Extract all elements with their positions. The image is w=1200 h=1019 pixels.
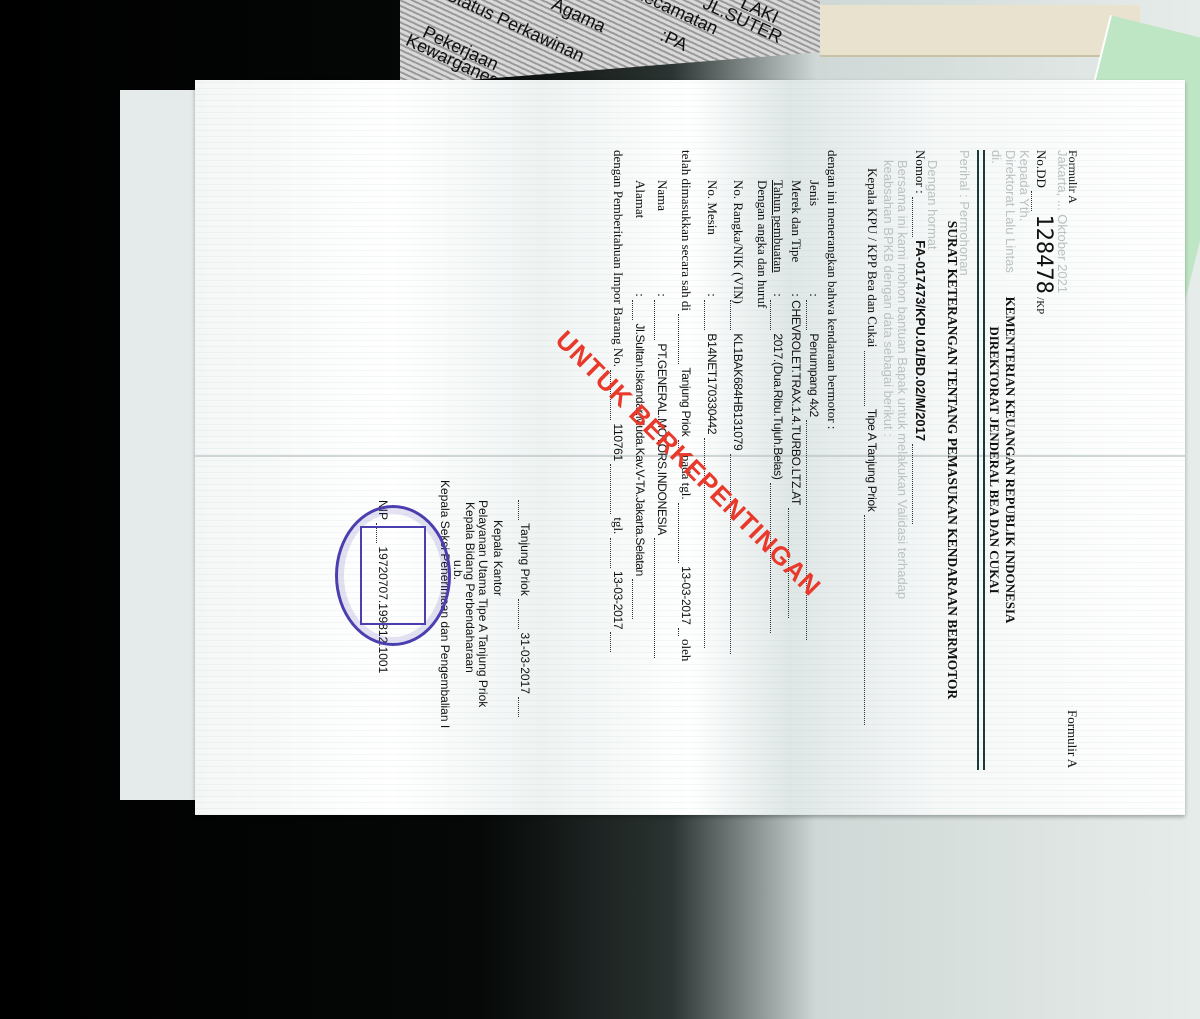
- alamat-value: Jl.Sultan.Iskandar.Muda.Kav.V-TA.Jakarta…: [633, 323, 647, 576]
- field-rangka: No. Rangka/NIK (VIN) : KL1BAK684HB131079: [730, 180, 746, 654]
- field-label: No. Mesin: [704, 180, 720, 290]
- field-value: Penumpang 4x2: [807, 333, 821, 417]
- dd-suffix: /KP: [1034, 297, 1046, 314]
- rotated-document: Formulir A Formulir A Jakarta, ... Oktob…: [380, 150, 1080, 770]
- form-label-right: Formulir A: [1064, 710, 1080, 768]
- field-label: No. Rangka/NIK (VIN): [730, 180, 746, 290]
- faint-text: Kepada Yth.: [1017, 150, 1032, 221]
- pib-label: dengan Pemberitahuan Impor Barang No.: [611, 150, 626, 367]
- header-double-line: [977, 150, 985, 770]
- stamp-inner-box: [360, 526, 426, 625]
- beige-card: [820, 5, 1140, 57]
- field-label: Dengan angka dan huruf: [755, 180, 770, 308]
- nama-label: Nama: [654, 180, 670, 290]
- dd-prefix: No.DD: [1034, 150, 1049, 188]
- sign-line: Kepala Bidang Perbendaharaan: [463, 502, 477, 673]
- field-angka-huruf: Dengan angka dan huruf: [754, 180, 770, 308]
- sign-place: Tanjung Priok: [518, 523, 532, 596]
- dd-value: 128478: [1031, 214, 1056, 293]
- entered-row: telah dimasukkan secara sah di Tanjung P…: [678, 150, 694, 661]
- sign-date: 31-03-2017: [518, 633, 532, 694]
- faint-date: Jakarta, ... Oktober 2021: [1055, 150, 1070, 293]
- entered-label: telah dimasukkan secara sah di: [679, 150, 694, 311]
- sign-line: Pelayanan Utama Tipe A Tanjung Priok: [476, 500, 490, 707]
- field-value: 2017.(Dua.Ribu.Tujuh.Belas): [771, 333, 785, 479]
- ministry-heading: KEMENTERIAN KEUANGAN REPUBLIK INDONESIA: [1002, 150, 1018, 770]
- field-mesin: No. Mesin : B14NET170330442: [704, 180, 720, 648]
- field-label: Tahun pembuatan: [770, 180, 786, 290]
- nomor-value: FA-017473/KPU.01/BD.02/M/2017: [913, 240, 928, 441]
- official-stamp: [335, 505, 451, 646]
- entered-place: Tanjung Priok: [679, 368, 693, 437]
- nomor-row: Nomor : FA-017473/KPU.01/BD.02/M/2017: [912, 150, 928, 524]
- kepala-label: Kepala KPU / KPP Bea dan Cukai: [865, 168, 880, 347]
- pib-date-label: tgl.: [611, 517, 626, 534]
- sign-line: u.b.: [451, 560, 465, 580]
- nomor-label: Nomor :: [913, 150, 928, 194]
- field-value: CHEVROLET.TRAX.1.4.TURBO.LTZ.AT: [789, 300, 803, 505]
- field-label: Merek dan Tipe: [788, 180, 804, 290]
- entered-date: 13-03-2017: [679, 566, 693, 624]
- ktp-text: :PA: [657, 25, 691, 56]
- intro-text: dengan ini menerangkan bahwa kendaraan b…: [824, 150, 840, 429]
- pib-date: 13-03-2017: [611, 571, 625, 629]
- document-title: SURAT KETERANGAN TENTANG PEMASUKAN KENDA…: [944, 150, 960, 770]
- kepala-row: Kepala KPU / KPP Bea dan Cukai Tipe A Ta…: [864, 168, 880, 725]
- field-value: KL1BAK684HB131079: [731, 333, 745, 450]
- alamat-label: Alamat: [632, 180, 648, 290]
- sign-place-date: Tanjung Priok 31-03-2017: [518, 500, 532, 717]
- pib-number: 110761: [611, 423, 625, 460]
- dd-number: No.DD 128478 /KP: [1031, 150, 1056, 314]
- ktp-text: Agama: [548, 0, 609, 37]
- kepala-value: Tipe A Tanjung Priok: [865, 409, 879, 512]
- entered-by: oleh: [679, 639, 694, 661]
- sign-line: Kepala Kantor: [491, 520, 505, 596]
- faint-text: keabsahan BPKB dengan data sebagai berik…: [881, 160, 896, 437]
- faint-text: Bersama ini kami mohon bantuan Bapak unt…: [895, 160, 910, 599]
- directorate-heading: DIREKTORAT JENDERAL BEA DAN CUKAI: [986, 150, 1002, 770]
- field-label: Jenis: [806, 180, 822, 290]
- field-value: B14NET170330442: [705, 333, 719, 434]
